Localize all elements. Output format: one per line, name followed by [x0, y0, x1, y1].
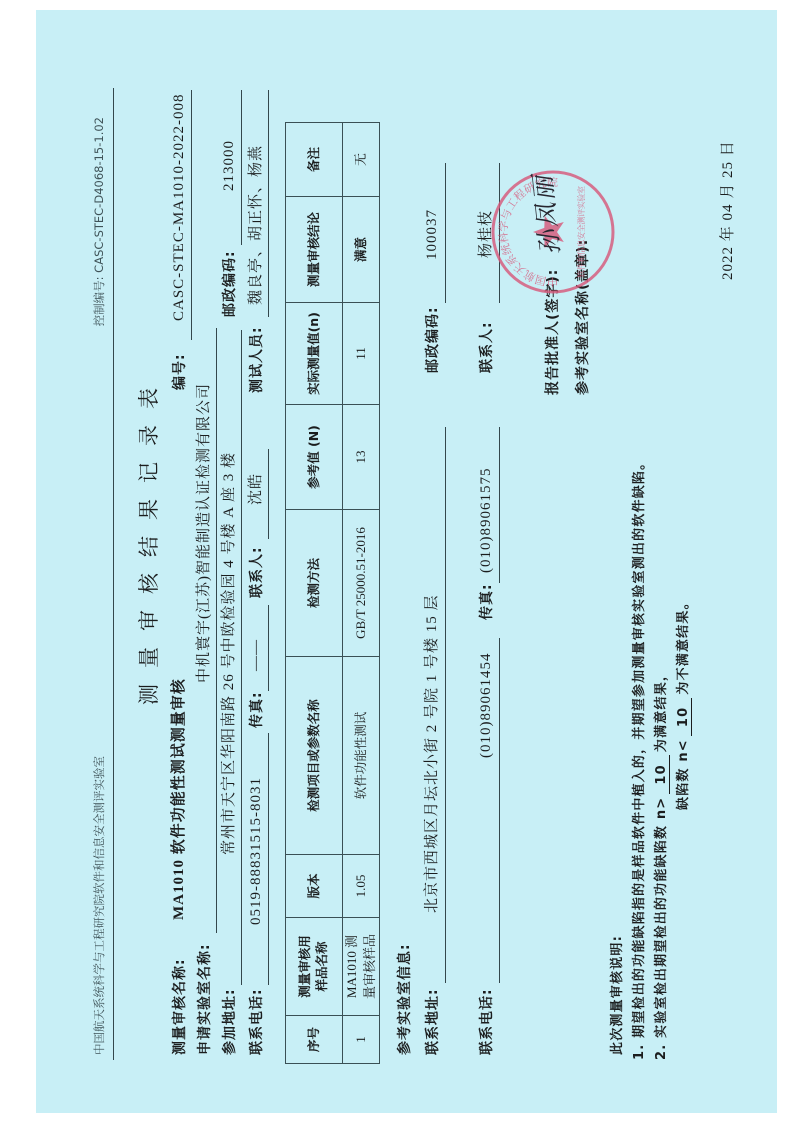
audit-name-value: MA1010 软件功能性测试测量审核	[172, 678, 187, 920]
contact-label: 联系人:	[250, 546, 264, 598]
reference-lab-heading: 参考实验室信息:	[398, 943, 412, 1055]
header-organization: 中国航天系统科学与工程研究院软件和信息安全测评实验室	[94, 756, 106, 1055]
fax-value: ——	[249, 639, 264, 671]
applicant-lab-underline	[216, 328, 217, 933]
control-number-value: CASC-STEC-D4068-15-1.02	[92, 117, 106, 273]
table-cell: 1	[343, 1016, 380, 1064]
serial-underline	[191, 90, 192, 340]
unsatisfactory-threshold: 10	[677, 698, 692, 737]
note-text: 实验室检出期望检出的功能缺陷数 n>	[654, 797, 669, 1038]
phone-label: 联系电话:	[250, 988, 264, 1055]
ref-address-value: 北京市西城区月坛北小街 2 号院 1 号楼 15 层	[425, 594, 440, 913]
ref-phone-underline	[499, 638, 500, 983]
table-header-cell: 测量审核结论	[286, 197, 343, 303]
applicant-lab-label: 申请实验室名称:	[198, 943, 212, 1055]
testers-value: 魏良亭、胡正怀、杨燕	[249, 145, 264, 305]
note-item-1: 1. 期望检出的功能缺陷指的是样品软件中植入的，并期望参加测量审核实验室测出的软…	[633, 456, 646, 1060]
table-header-text: 测量审核用样品名称	[297, 932, 331, 1002]
contact-underline	[268, 449, 269, 539]
ref-phone-value: (010)89061454	[479, 653, 494, 759]
note-number: 1.	[632, 1044, 647, 1060]
notes-heading: 此次测量审核说明:	[611, 935, 624, 1055]
table-cell: 13	[343, 405, 380, 510]
testers-underline	[268, 90, 269, 317]
address-underline	[241, 330, 242, 985]
table-cell: 满意	[343, 197, 380, 303]
table-cell: MA1010 测量审核样品	[343, 918, 380, 1016]
table-header-cell: 测量审核用样品名称	[286, 918, 343, 1016]
control-number: 控制编号: CASC-STEC-D4068-15-1.02	[94, 117, 106, 326]
ref-postcode-underline	[445, 163, 446, 303]
note-item-2-continuation: 缺陷数 n<10为不满意结果。	[677, 595, 692, 810]
table-header-row: 序号 测量审核用样品名称 版本 检测项目或参数名称 检测方法 参考值 (N) 实…	[286, 123, 343, 1064]
serial-value: CASC-STEC-MA1010-2022-008	[172, 93, 187, 321]
ref-address-label: 联系地址:	[426, 988, 440, 1055]
satisfactory-threshold: 10	[655, 755, 670, 794]
ref-fax-label: 传真:	[480, 583, 494, 620]
table-header-cell: 参考值 (N)	[286, 405, 343, 510]
note-text: 期望检出的功能缺陷指的是样品软件中植入的，并期望参加测量审核实验室测出的软件缺陷…	[632, 456, 647, 1038]
note-number: 2.	[654, 1044, 669, 1060]
table-cell: GB/T 25000.51-2016	[343, 510, 380, 657]
table-header-cell: 序号	[286, 1016, 343, 1064]
ref-postcode-label: 邮政编码:	[426, 306, 440, 373]
note-text: 为满意结果，	[654, 667, 669, 752]
report-date: 2022 年 04 月 25 日	[721, 140, 736, 280]
table-header-cell: 实际测量值(n)	[286, 303, 343, 405]
fax-underline	[268, 605, 269, 691]
postcode-underline	[241, 90, 242, 245]
table-cell: 1.05	[343, 855, 380, 918]
note-text: 缺陷数 n<	[676, 739, 691, 810]
table-cell: 无	[343, 123, 380, 197]
table-header-cell: 检测方法	[286, 510, 343, 657]
address-label: 参加地址:	[223, 988, 237, 1055]
page-title: 测量审核结果记录表	[139, 372, 160, 705]
contact-value: 沈皓	[249, 473, 264, 505]
seal-inner-text: 软件和信息安全测评实验室	[576, 186, 586, 278]
postcode-label: 邮政编码:	[223, 250, 237, 317]
table-cell-text: MA1010 测量审核样品	[343, 932, 378, 1002]
audit-name-label: 测量审核名称:	[173, 958, 187, 1055]
testers-label: 测试人员:	[250, 326, 264, 393]
table-cell: 软件功能性测试	[343, 657, 380, 855]
ref-fax-underline	[499, 427, 500, 583]
table-header-cell: 检测项目或参数名称	[286, 657, 343, 855]
phone-value: 0519-88831515-8031	[249, 777, 264, 925]
record-sheet: 中国航天系统科学与工程研究院软件和信息安全测评实验室 控制编号: CASC-ST…	[36, 10, 777, 1113]
results-table: 序号 测量审核用样品名称 版本 检测项目或参数名称 检测方法 参考值 (N) 实…	[285, 122, 380, 1064]
address-value: 常州市天宁区华阳南路 26 号中欧检验园 4 号楼 A 座 3 楼	[222, 452, 237, 855]
phone-underline	[268, 733, 269, 985]
table-header-cell: 备注	[286, 123, 343, 197]
ref-phone-label: 联系电话:	[480, 988, 494, 1055]
table-row: 1 MA1010 测量审核样品 1.05 软件功能性测试 GB/T 25000.…	[343, 123, 380, 1064]
header-rule	[113, 88, 114, 1060]
ref-postcode-value: 100037	[425, 209, 440, 260]
control-number-label: 控制编号:	[92, 276, 106, 326]
serial-label: 编号:	[173, 353, 187, 390]
note-text: 为不满意结果。	[676, 595, 691, 694]
table-header-cell: 版本	[286, 855, 343, 918]
ref-fax-value: (010)89061575	[479, 468, 494, 574]
note-item-2: 2. 实验室检出期望检出的功能缺陷数 n>10为满意结果，	[655, 667, 670, 1060]
postcode-value: 213000	[222, 140, 237, 191]
applicant-lab-value: 中机寰宇(江苏)智能制造认证检测有限公司	[197, 383, 212, 683]
fax-label: 传真:	[250, 691, 264, 728]
ref-contact-label: 联系人:	[480, 321, 494, 373]
ref-address-underline	[445, 427, 446, 983]
scanned-page: 中国航天系统科学与工程研究院软件和信息安全测评实验室 控制编号: CASC-ST…	[36, 10, 777, 1113]
table-cell: 11	[343, 303, 380, 405]
